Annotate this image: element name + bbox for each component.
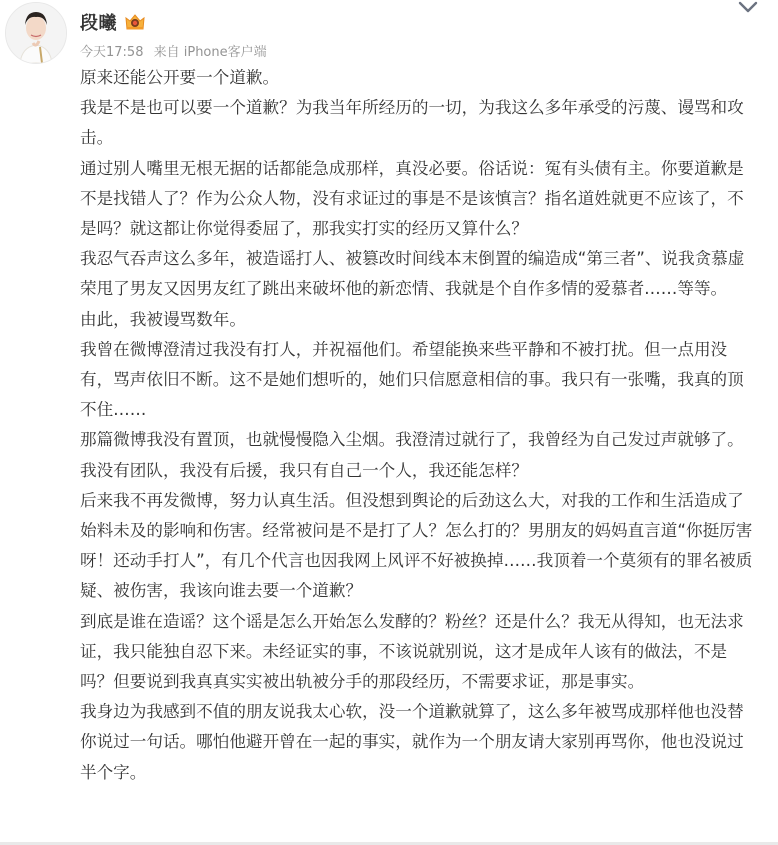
post-time[interactable]: 今天17:58 xyxy=(80,45,143,60)
paragraph: 后来我不再发微博，努力认真生活。但没想到舆论的后劲这么大，对我的工作和生活造成了… xyxy=(80,486,760,607)
paragraph: 我忍气吞声这么多年，被造谣打人、被篡改时间线本末倒置的编造成“第三者”、说我贪慕… xyxy=(80,244,760,304)
author-name[interactable]: 段曦 xyxy=(80,9,117,35)
avatar[interactable] xyxy=(5,2,67,64)
paragraph: 由此，我被谩骂数年。 xyxy=(80,305,760,335)
avatar-photo xyxy=(6,3,66,63)
paragraph: 我身边为我感到不值的朋友说我太心软，没一个道歉就算了，这么多年被骂成那样他也没替… xyxy=(80,697,760,788)
post-content: 原来还能公开要一个道歉。 我是不是也可以要一个道歉？为我当年所经历的一切，为我这… xyxy=(80,63,760,788)
chevron-down-icon[interactable] xyxy=(737,0,759,14)
paragraph: 那篇微博我没有置顶，也就慢慢隐入尘烟。我澄清过就行了，我曾经为自己发过声就够了。… xyxy=(80,425,760,485)
post-source: 来自 iPhone客户端 xyxy=(154,45,267,60)
paragraph: 通过别人嘴里无根无据的话都能急成那样，真没必要。俗话说：冤有头债有主。你要道歉是… xyxy=(80,154,760,245)
paragraph: 我是不是也可以要一个道歉？为我当年所经历的一切，为我这么多年承受的污蔑、谩骂和攻… xyxy=(80,93,760,153)
paragraph: 原来还能公开要一个道歉。 xyxy=(80,63,760,93)
crown-badge-icon[interactable] xyxy=(124,12,146,32)
paragraph: 到底是谁在造谣？这个谣是怎么开始怎么发酵的？粉丝？还是什么？我无从得知，也无法求… xyxy=(80,607,760,698)
post-meta: 今天17:58 来自 iPhone客户端 xyxy=(80,41,273,60)
paragraph: 我曾在微博澄清过我没有打人，并祝福他们。希望能换来些平静和不被打扰。但一点用没有… xyxy=(80,335,760,426)
